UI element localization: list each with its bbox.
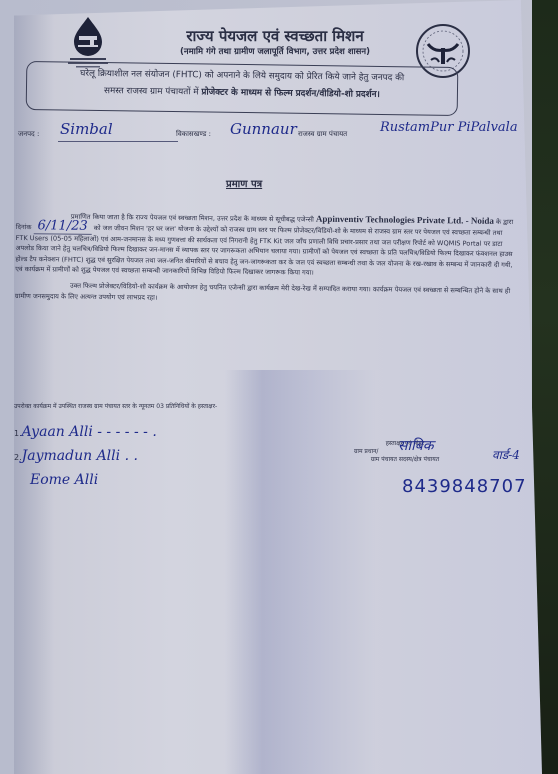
witness-name: Eome Alli: [30, 472, 98, 488]
district-line: [58, 141, 178, 142]
paper-shadow-fold: [225, 370, 375, 774]
witness-number: 2.: [14, 453, 22, 462]
p1-start: प्रमाणित किया जाता है कि राज्य पेयजल एवं…: [71, 213, 316, 224]
pradhan-label-line-3: ग्राम पंचायत सदस्य/क्षेत्र पंचायत: [350, 456, 460, 464]
ward-number: वार्ड-4: [492, 446, 520, 463]
witness-number: 1.: [14, 429, 22, 438]
dotted-line: - - - - - - .: [93, 424, 157, 440]
witness-name: Ayaan Alli: [22, 424, 93, 440]
witness-signature-1: 1.Ayaan Alli - - - - - - .: [14, 424, 157, 440]
program-banner: घरेलू क्रियाशील नल संयोजन (FHTC) को अपना…: [26, 61, 459, 116]
program-date: 6/11/23: [33, 219, 91, 236]
certificate-body: प्रमाणित किया जाता है कि राज्य पेयजल एवं…: [15, 210, 516, 307]
photo-scene: राज्य पेयजल एवं स्वच्छता मिशन (नमामि गंग…: [0, 0, 558, 774]
agency-name: Appinventiv Technologies Private Ltd. - …: [316, 214, 494, 226]
paper-shadow: [14, 0, 54, 774]
district-label: जनपद :: [18, 130, 39, 139]
panchayat-label: राजस्व ग्राम पंचायत: [298, 130, 347, 139]
pradhan-signature: साबिक: [398, 436, 433, 455]
banner-line-2-plain: समस्त राजस्व ग्राम पंचायतों में: [104, 86, 201, 97]
banner-line-2-bold: प्रोजेक्टर के माध्यम से फिल्म प्रदर्शन/व…: [201, 87, 380, 99]
dotted-line: . .: [120, 448, 138, 464]
block-value: Gunnaur: [230, 120, 297, 138]
certificate-title: प्रमाण पत्र: [226, 176, 262, 190]
location-fields: जनपद : Simbal विकासखण्ड : Gunnaur राजस्व…: [18, 120, 538, 150]
mission-title: राज्य पेयजल एवं स्वच्छता मिशन: [130, 26, 420, 46]
signatures-intro: उपरोक्त कार्यक्रम में उपस्थित राजस्व ग्र…: [14, 402, 314, 411]
certificate-paragraph-1: प्रमाणित किया जाता है कि राज्य पेयजल एवं…: [15, 210, 516, 281]
department-subtitle: (नमामि गंगे तथा ग्रामीण जलापूर्ति विभाग,…: [125, 46, 425, 57]
block-label: विकासखण्ड :: [176, 130, 211, 139]
panchayat-value: RustamPur PiPalvala: [380, 120, 518, 135]
phone-number: 8439848707: [402, 476, 527, 497]
witness-signature-3: Eome Alli: [30, 472, 98, 488]
witness-signature-2: 2.Jaymadun Alli . .: [14, 448, 138, 464]
witness-name: Jaymadun Alli: [22, 448, 120, 464]
district-value: Simbal: [60, 120, 113, 138]
